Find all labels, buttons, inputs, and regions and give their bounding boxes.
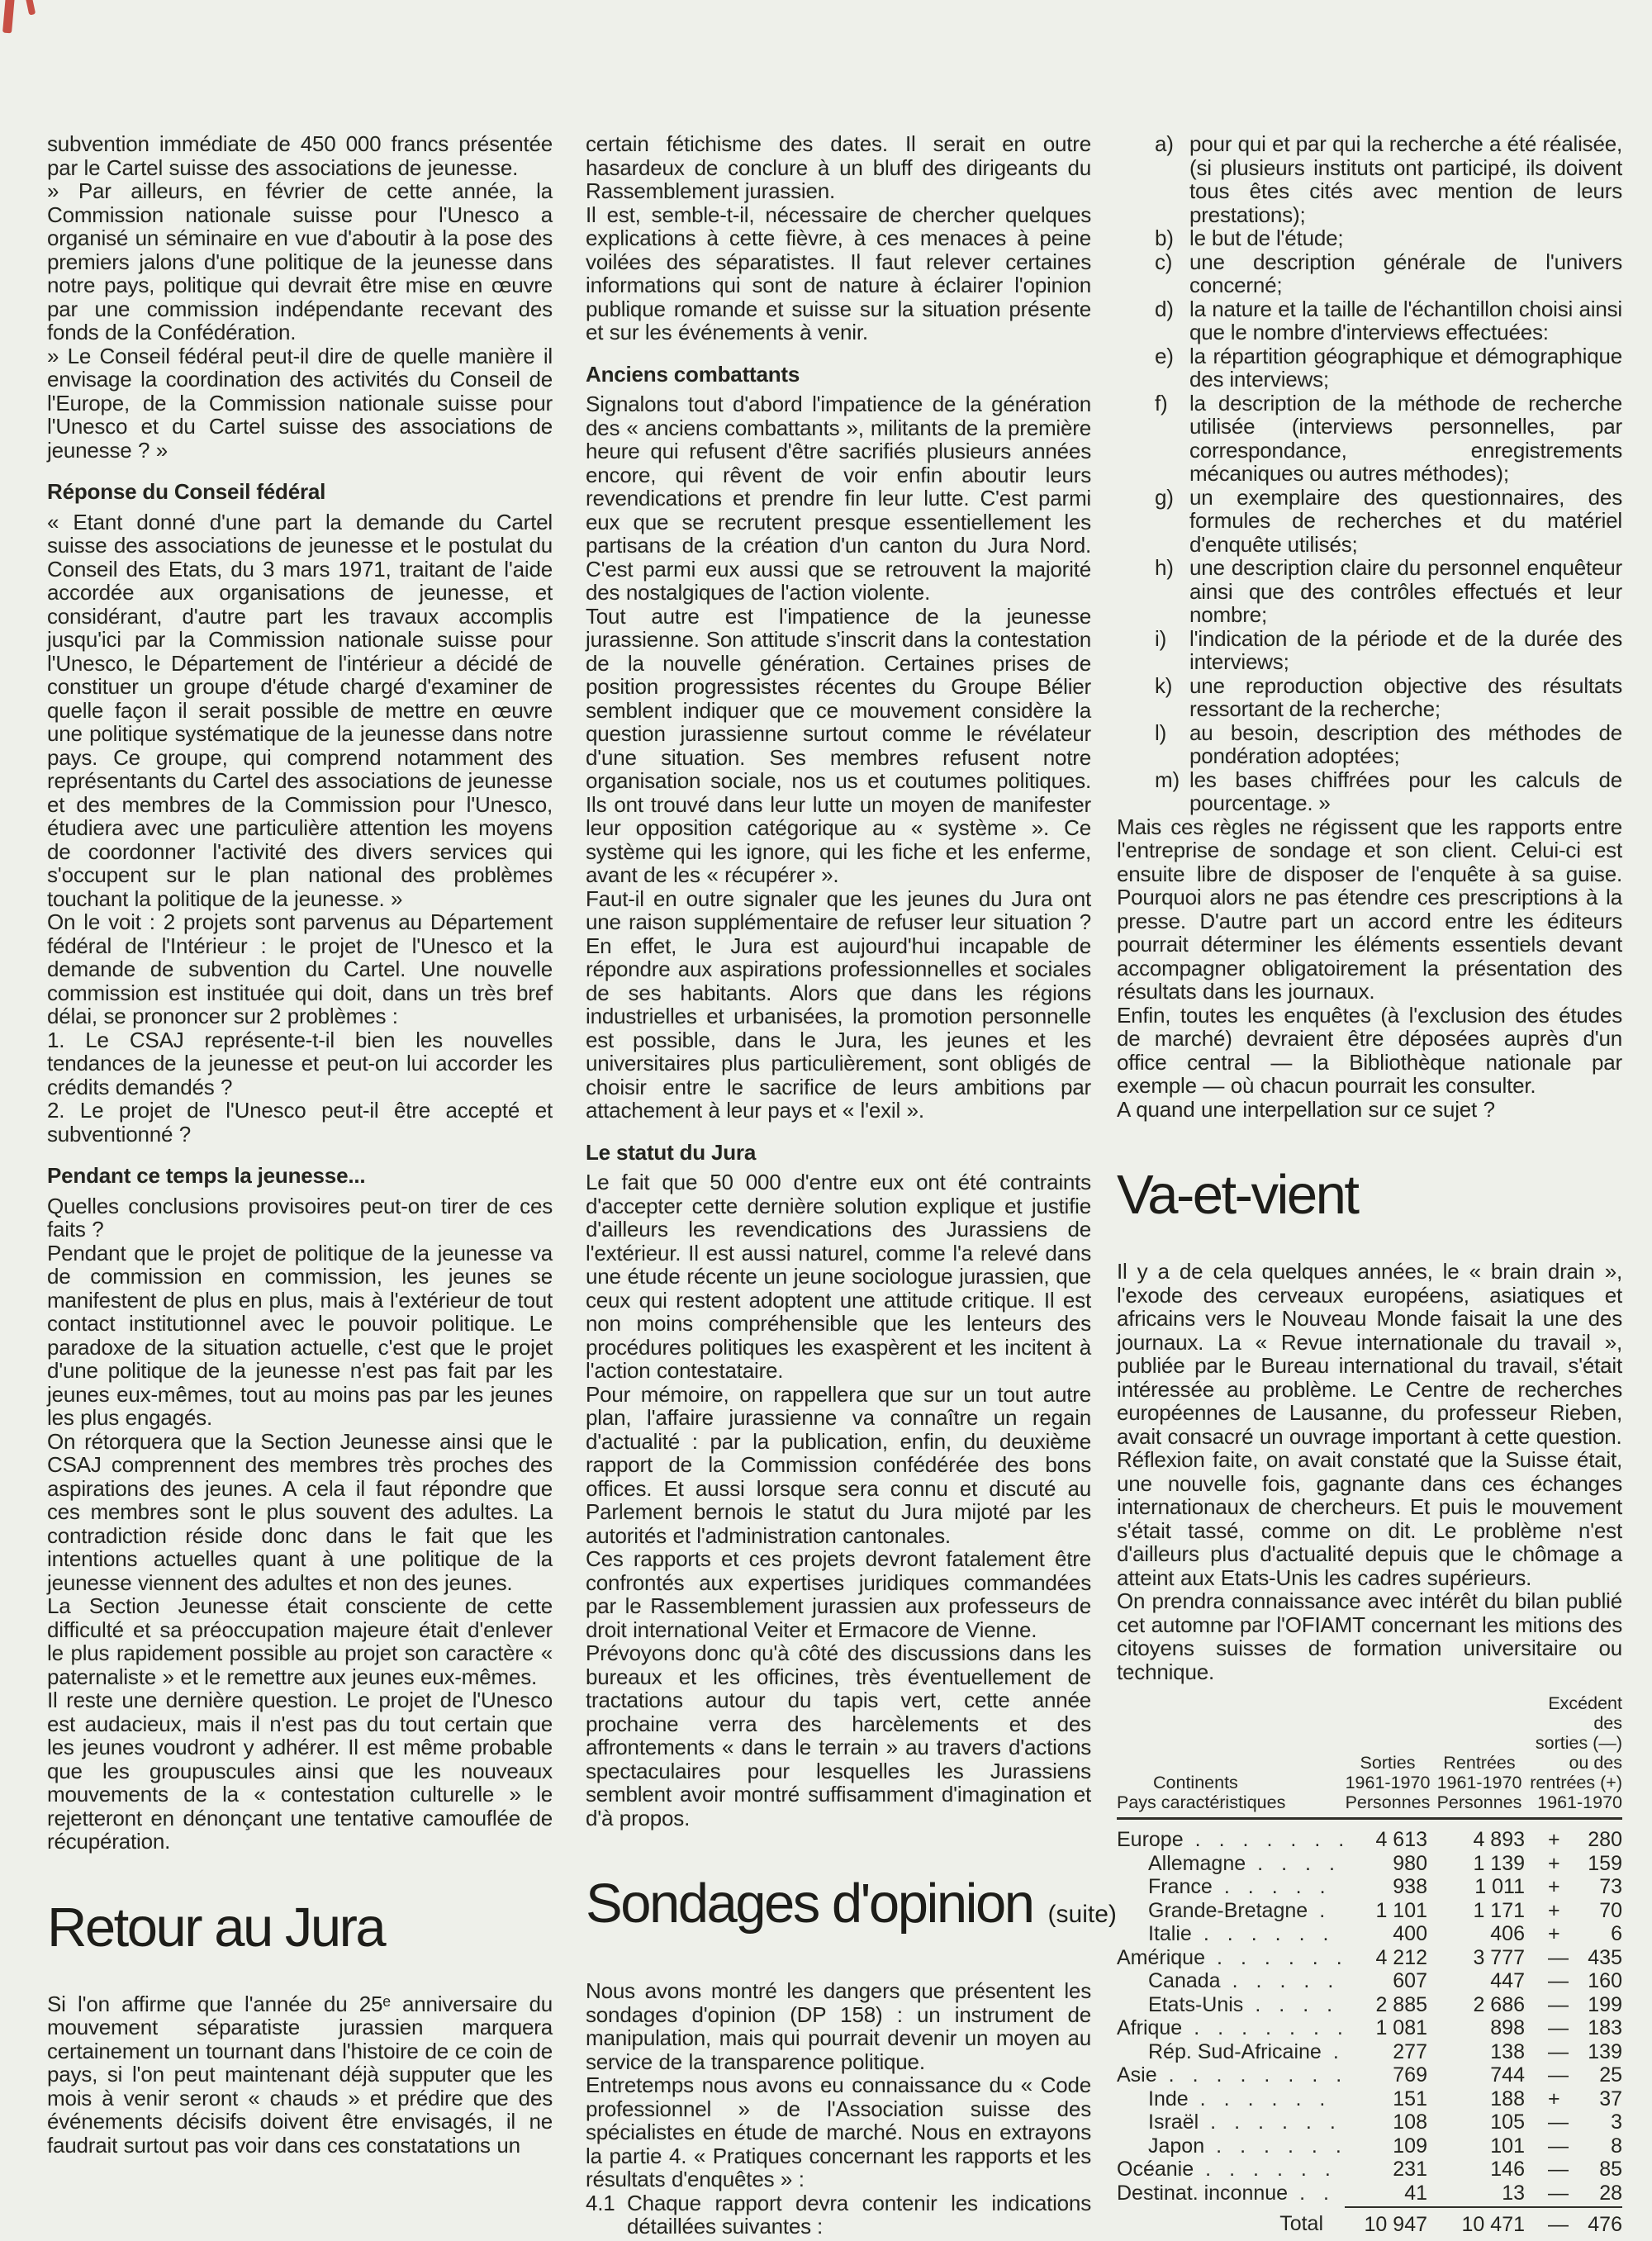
list-item-label: e) — [1155, 344, 1174, 368]
column-left: subvention immédiate de 450 000 francs p… — [47, 132, 553, 2157]
list-item-text: au besoin, description des méthodes de p… — [1189, 720, 1622, 769]
section-title-text: Retour au Jura — [47, 1897, 384, 1959]
excedent-sign: — — [1548, 2040, 1569, 2064]
list-item-label: l) — [1155, 721, 1166, 745]
excedent-sign: — — [1548, 2134, 1569, 2158]
paragraph: A quand une interpellation sur ce sujet … — [1117, 1098, 1622, 1122]
leader-dots: .............................. — [1243, 1993, 1345, 2017]
cell-excedent: +280 — [1528, 1828, 1622, 1852]
list-item-label: h) — [1155, 556, 1174, 580]
paragraph: Si l'on affirme que l'année du 25ᵉ anniv… — [47, 1992, 553, 2158]
excedent-sign: — — [1548, 2182, 1569, 2205]
row-label: Amérique — [1117, 1946, 1205, 1970]
list-item: a)pour qui et par qui la recherche a été… — [1117, 132, 1622, 226]
cell-excedent: —435 — [1528, 1946, 1622, 1970]
paragraph: « Etant donné d'une part la demande du C… — [47, 510, 553, 911]
row-label-cell: Grande-Bretagne.........................… — [1117, 1899, 1345, 1923]
paragraph: Il est, semble-t-il, nécessaire de cherc… — [586, 203, 1091, 344]
leader-dots: .............................. — [1194, 2158, 1345, 2182]
cell-sorties: 400 — [1345, 1922, 1431, 1946]
excedent-value: 139 — [1588, 2040, 1622, 2064]
excedent-value: 70 — [1599, 1899, 1622, 1923]
section-title-text: Va-et-vient — [1117, 1164, 1358, 1226]
row-label-cell: Canada.............................. — [1117, 1969, 1345, 1993]
excedent-value: 476 — [1588, 2212, 1622, 2237]
table-row: Japon..............................10910… — [1117, 2134, 1622, 2158]
row-label-cell: Italie.............................. — [1117, 1922, 1345, 1946]
row-label: Europe — [1117, 1828, 1184, 1852]
leader-dots: .............................. — [1246, 1852, 1345, 1876]
paragraph: Il reste une dernière question. Le proje… — [47, 1688, 553, 1854]
cell-sorties: 4 613 — [1345, 1828, 1431, 1852]
subheading: Le statut du Jura — [586, 1141, 1091, 1165]
row-label-cell: France.............................. — [1117, 1875, 1345, 1899]
table-row: Amérique..............................4 … — [1117, 1946, 1622, 1970]
list-item-label: a) — [1155, 132, 1174, 156]
row-label: Etats-Unis — [1148, 1993, 1243, 2017]
table-header-continents: ContinentsPays caractéristiques — [1117, 1773, 1345, 1812]
row-label: Océanie — [1117, 2158, 1194, 2182]
leader-dots: .............................. — [1213, 1875, 1345, 1899]
cell-sorties: 769 — [1345, 2063, 1431, 2087]
list-item: c)une description générale de l'univers … — [1117, 250, 1622, 297]
list-item: i)l'indication de la période et de la du… — [1117, 627, 1622, 674]
paragraph: On le voit : 2 projets sont parvenus au … — [47, 910, 553, 1028]
paragraph: certain fétichisme des dates. Il serait … — [586, 132, 1091, 203]
row-label: Grande-Bretagne — [1148, 1899, 1308, 1923]
paragraph: Ces rapports et ces projets devront fata… — [586, 1547, 1091, 1641]
paragraph: Tout autre est l'impatience de la jeunes… — [586, 605, 1091, 887]
paragraph: Pendant que le projet de politique de la… — [47, 1242, 553, 1430]
row-label: Rép. Sud-Africaine — [1148, 2040, 1322, 2064]
red-pen-mark — [26, 0, 36, 16]
cell-excedent: —25 — [1528, 2063, 1622, 2087]
list-item-text: la répartition géographique et démograph… — [1189, 344, 1622, 392]
total-sorties: 10 947 — [1345, 2212, 1431, 2237]
table-row: Italie..............................4004… — [1117, 1922, 1622, 1946]
row-label-cell: Océanie.............................. — [1117, 2158, 1345, 2182]
table-row: Asie..............................769744… — [1117, 2063, 1622, 2087]
paragraph: subvention immédiate de 450 000 francs p… — [47, 132, 553, 179]
excedent-value: 183 — [1588, 2016, 1622, 2040]
row-label-cell: Destinat. inconnue......................… — [1117, 2182, 1345, 2205]
cell-rentrees: 101 — [1431, 2134, 1528, 2158]
cell-excedent: +37 — [1528, 2087, 1622, 2111]
section-title-text: Sondages d'opinion — [586, 1873, 1033, 1935]
paragraph: Il y a de cela quelques années, le « bra… — [1117, 1260, 1622, 1448]
cell-rentrees: 138 — [1431, 2040, 1528, 2064]
excedent-sign: + — [1548, 1899, 1560, 1923]
paragraph: Le fait que 50 000 d'entre eux ont été c… — [586, 1170, 1091, 1383]
cell-sorties: 938 — [1345, 1875, 1431, 1899]
list-item-text: la nature et la taille de l'échantillon … — [1189, 297, 1622, 345]
excedent-sign: + — [1548, 1875, 1560, 1899]
row-label-cell: Etats-Unis.............................. — [1117, 1993, 1345, 2017]
list-item: f)la description de la méthode de recher… — [1117, 392, 1622, 486]
stats-table: ContinentsPays caractéristiquesSorties 1… — [1117, 1693, 1622, 2241]
list-item-text: le but de l'étude; — [1189, 226, 1343, 250]
excedent-value: 8 — [1611, 2134, 1622, 2158]
cell-excedent: —199 — [1528, 1993, 1622, 2017]
paragraph: » Le Conseil fédéral peut-il dire de que… — [47, 344, 553, 463]
list-item-text: la description de la méthode de recherch… — [1189, 391, 1622, 487]
table-header-excedent: Excédent des sorties (—) ou des rentrées… — [1528, 1693, 1622, 1812]
total-row: Total10 94710 471—476 — [1117, 2206, 1622, 2241]
paragraph: Signalons tout d'abord l'impatience de l… — [586, 392, 1091, 605]
row-label: Italie — [1148, 1922, 1192, 1946]
paragraph: Pour mémoire, on rappellera que sur un t… — [586, 1383, 1091, 1548]
excedent-sign: — — [1548, 1993, 1569, 2017]
cell-sorties: 980 — [1345, 1852, 1431, 1876]
excedent-value: 160 — [1588, 1969, 1622, 1993]
leader-dots: .............................. — [1189, 2087, 1345, 2111]
cell-sorties: 1 081 — [1345, 2016, 1431, 2040]
list-item-text: pour qui et par qui la recherche a été r… — [1189, 131, 1622, 227]
cell-sorties: 2 885 — [1345, 1993, 1431, 2017]
list-item-label: 4.1 — [586, 2191, 615, 2215]
cell-sorties: 151 — [1345, 2087, 1431, 2111]
excedent-value: 199 — [1588, 1993, 1622, 2017]
section-title: Retour au Jura — [47, 1898, 553, 1958]
table-row: Europe..............................4 61… — [1117, 1828, 1622, 1852]
excedent-value: 435 — [1588, 1946, 1622, 1970]
total-label: Total — [1117, 2206, 1345, 2241]
leader-dots: .............................. — [1221, 1969, 1345, 1993]
list-item-label: f) — [1155, 392, 1167, 415]
newspaper-page: subvention immédiate de 450 000 francs p… — [0, 0, 1652, 2241]
cell-sorties: 607 — [1345, 1969, 1431, 1993]
row-label-cell: Rép. Sud-Africaine......................… — [1117, 2040, 1345, 2064]
excedent-sign: + — [1548, 2087, 1560, 2111]
paragraph: » Par ailleurs, en février de cette anné… — [47, 179, 553, 344]
list-item: e)la répartition géographique et démogra… — [1117, 344, 1622, 392]
cell-excedent: +6 — [1528, 1922, 1622, 1946]
cell-excedent: +70 — [1528, 1899, 1622, 1923]
paragraph: Nous avons montré les dangers que présen… — [586, 1979, 1091, 2073]
cell-rentrees: 1 011 — [1431, 1875, 1528, 1899]
row-label: Canada — [1148, 1969, 1221, 1993]
cell-excedent: +159 — [1528, 1852, 1622, 1876]
list-item-text: une description claire du personnel enqu… — [1189, 555, 1622, 627]
cell-rentrees: 188 — [1431, 2087, 1528, 2111]
row-label: France — [1148, 1875, 1213, 1899]
table-row: Grande-Bretagne.........................… — [1117, 1899, 1622, 1923]
list-item: l)au besoin, description des méthodes de… — [1117, 721, 1622, 768]
row-label-cell: Asie.............................. — [1117, 2063, 1345, 2087]
excedent-sign: + — [1548, 1828, 1560, 1852]
paragraph: Mais ces règles ne régissent que les rap… — [1117, 815, 1622, 1004]
table-row: Israël..............................1081… — [1117, 2110, 1622, 2134]
row-label: Destinat. inconnue — [1117, 2182, 1288, 2205]
list-item: b)le but de l'étude; — [1117, 226, 1622, 250]
table-row: France..............................9381… — [1117, 1875, 1622, 1899]
row-label: Afrique — [1117, 2016, 1182, 2040]
excedent-value: 3 — [1611, 2110, 1622, 2134]
table-row: Inde..............................151188… — [1117, 2087, 1622, 2111]
row-label-cell: Europe.............................. — [1117, 1828, 1345, 1852]
excedent-value: 159 — [1588, 1852, 1622, 1876]
table-header: ContinentsPays caractéristiquesSorties 1… — [1117, 1693, 1622, 1820]
cell-rentrees: 146 — [1431, 2158, 1528, 2182]
list-item-label: i) — [1155, 627, 1166, 651]
paragraph: La Section Jeunesse était consciente de … — [47, 1594, 553, 1688]
row-label-cell: Israël.............................. — [1117, 2110, 1345, 2134]
paragraph: Enfin, toutes les enquêtes (à l'exclusio… — [1117, 1004, 1622, 1098]
total-excedent: —476 — [1528, 2212, 1622, 2237]
list-item-text: un exemplaire des questionnaires, des fo… — [1189, 485, 1622, 557]
cell-sorties: 109 — [1345, 2134, 1431, 2158]
excedent-sign: — — [1548, 1969, 1569, 1993]
excedent-sign: — — [1548, 2110, 1569, 2134]
list-item: g)un exemplaire des questionnaires, des … — [1117, 486, 1622, 557]
excedent-sign: + — [1548, 1922, 1560, 1946]
table-row: Etats-Unis..............................… — [1117, 1993, 1622, 2017]
table-header-rentrees: Rentrées 1961-1970 Personnes — [1431, 1753, 1528, 1812]
list-item: h)une description claire du personnel en… — [1117, 556, 1622, 627]
row-label-cell: Japon.............................. — [1117, 2134, 1345, 2158]
list-item-text: l'indication de la période et de la duré… — [1189, 626, 1622, 675]
leader-dots: .............................. — [1205, 1946, 1345, 1970]
cell-sorties: 1 101 — [1345, 1899, 1431, 1923]
list-item-text: une description générale de l'univers co… — [1189, 249, 1622, 298]
cell-excedent: —183 — [1528, 2016, 1622, 2040]
table-row: Allemagne..............................9… — [1117, 1852, 1622, 1876]
table-body: Europe..............................4 61… — [1117, 1820, 1622, 2205]
list-item-text: les bases chiffrées pour les calculs de … — [1189, 767, 1622, 816]
excedent-value: 85 — [1599, 2158, 1622, 2182]
cell-rentrees: 406 — [1431, 1922, 1528, 1946]
leader-dots: .............................. — [1308, 1899, 1345, 1923]
cell-excedent: +73 — [1528, 1875, 1622, 1899]
paragraph: 1. Le CSAJ représente-t-il bien les nouv… — [47, 1028, 553, 1099]
cell-rentrees: 13 — [1431, 2182, 1528, 2205]
excedent-sign: — — [1548, 1946, 1569, 1970]
row-label-cell: Allemagne.............................. — [1117, 1852, 1345, 1876]
table-header-line: Continents — [1117, 1773, 1345, 1792]
excedent-value: 73 — [1599, 1875, 1622, 1899]
row-label: Inde — [1148, 2087, 1189, 2111]
list-item-text: Chaque rapport devra contenir les indica… — [627, 2191, 1091, 2239]
cell-excedent: —8 — [1528, 2134, 1622, 2158]
leader-dots: .............................. — [1199, 2110, 1345, 2134]
cell-rentrees: 1 139 — [1431, 1852, 1528, 1876]
paragraph: On prendra connaissance avec intérêt du … — [1117, 1589, 1622, 1683]
column-middle: certain fétichisme des dates. Il serait … — [586, 132, 1091, 2239]
table-row: Rép. Sud-Africaine......................… — [1117, 2040, 1622, 2064]
list-item-label: d) — [1155, 297, 1174, 321]
excedent-sign: — — [1548, 2063, 1569, 2087]
row-label: Asie — [1117, 2063, 1157, 2087]
leader-dots: .............................. — [1204, 2134, 1345, 2158]
row-label-cell: Afrique.............................. — [1117, 2016, 1345, 2040]
cell-excedent: —139 — [1528, 2040, 1622, 2064]
subheading: Réponse du Conseil fédéral — [47, 480, 553, 504]
list-item: k)une reproduction objective des résulta… — [1117, 674, 1622, 721]
paragraph: Quelles conclusions provisoires peut-on … — [47, 1194, 553, 1242]
row-label: Allemagne — [1148, 1852, 1246, 1876]
cell-rentrees: 447 — [1431, 1969, 1528, 1993]
subheading: Anciens combattants — [586, 363, 1091, 387]
excedent-value: 37 — [1599, 2087, 1622, 2111]
leader-dots: .............................. — [1157, 2063, 1345, 2087]
paragraph: Faut-il en outre signaler que les jeunes… — [586, 887, 1091, 1123]
table-row: Destinat. inconnue......................… — [1117, 2182, 1622, 2205]
row-label-cell: Amérique.............................. — [1117, 1946, 1345, 1970]
table-header-sorties: Sorties 1961-1970 Personnes — [1345, 1753, 1431, 1812]
paragraph: Réflexion faite, on avait constaté que l… — [1117, 1448, 1622, 1589]
leader-dots: .............................. — [1182, 2016, 1345, 2040]
cell-excedent: —28 — [1528, 2182, 1622, 2205]
cell-excedent: —3 — [1528, 2110, 1622, 2134]
cell-rentrees: 105 — [1431, 2110, 1528, 2134]
cell-excedent: —85 — [1528, 2158, 1622, 2182]
cell-rentrees: 2 686 — [1431, 1993, 1528, 2017]
list-item-label: g) — [1155, 486, 1174, 510]
section-title-suffix: (suite) — [1048, 1901, 1117, 1928]
leader-dots: .............................. — [1288, 2182, 1345, 2205]
list-item-label: b) — [1155, 226, 1174, 250]
row-label-cell: Inde.............................. — [1117, 2087, 1345, 2111]
leader-dots: .............................. — [1192, 1922, 1345, 1946]
excedent-sign: — — [1548, 2158, 1569, 2182]
row-label: Japon — [1148, 2134, 1204, 2158]
paragraph: 2. Le projet de l'Unesco peut-il être ac… — [47, 1099, 553, 1146]
cell-rentrees: 898 — [1431, 2016, 1528, 2040]
paragraph: Entretemps nous avons eu connaissance du… — [586, 2073, 1091, 2191]
cell-sorties: 231 — [1345, 2158, 1431, 2182]
excedent-sign: — — [1548, 2016, 1569, 2040]
list-item: m)les bases chiffrées pour les calculs d… — [1117, 768, 1622, 815]
excedent-value: 6 — [1611, 1922, 1622, 1946]
list-item: 4.1Chaque rapport devra contenir les ind… — [586, 2191, 1091, 2239]
leader-dots: .............................. — [1322, 2040, 1345, 2064]
cell-rentrees: 1 171 — [1431, 1899, 1528, 1923]
cell-sorties: 4 212 — [1345, 1946, 1431, 1970]
row-label: Israël — [1148, 2110, 1199, 2134]
cell-sorties: 277 — [1345, 2040, 1431, 2064]
cell-rentrees: 744 — [1431, 2063, 1528, 2087]
cell-rentrees: 4 893 — [1431, 1828, 1528, 1852]
table-header-line: Pays caractéristiques — [1117, 1792, 1285, 1812]
table-row: Océanie..............................231… — [1117, 2158, 1622, 2182]
total-rentrees: 10 471 — [1431, 2212, 1528, 2237]
list-item-text: une reproduction objective des résultats… — [1189, 673, 1622, 722]
list-item-label: m) — [1155, 768, 1180, 792]
list-item: d)la nature et la taille de l'échantillo… — [1117, 297, 1622, 344]
excedent-value: 28 — [1599, 2182, 1622, 2205]
excedent-sign: + — [1548, 1852, 1560, 1876]
section-title: Sondages d'opinion(suite) — [586, 1874, 1091, 1944]
list-item-label: c) — [1155, 250, 1172, 274]
paragraph: On rétorquera que la Section Jeunesse ai… — [47, 1430, 553, 1595]
excedent-value: 25 — [1599, 2063, 1622, 2087]
excedent-sign: — — [1548, 2212, 1569, 2237]
leader-dots: .............................. — [1184, 1828, 1345, 1852]
table-row: Canada..............................6074… — [1117, 1969, 1622, 1993]
cell-excedent: —160 — [1528, 1969, 1622, 1993]
column-right: a)pour qui et par qui la recherche a été… — [1117, 132, 1622, 2241]
cell-sorties: 41 — [1345, 2182, 1431, 2205]
red-pen-mark — [2, 0, 15, 33]
excedent-value: 280 — [1588, 1828, 1622, 1852]
subheading: Pendant ce temps la jeunesse... — [47, 1164, 553, 1188]
cell-sorties: 108 — [1345, 2110, 1431, 2134]
paragraph: Prévoyons donc qu'à côté des discussions… — [586, 1641, 1091, 1830]
list-item-label: k) — [1155, 674, 1172, 698]
cell-rentrees: 3 777 — [1431, 1946, 1528, 1970]
section-title: Va-et-vient — [1117, 1166, 1622, 1225]
total-values: 10 94710 471—476 — [1345, 2206, 1622, 2241]
table-row: Afrique..............................1 0… — [1117, 2016, 1622, 2040]
